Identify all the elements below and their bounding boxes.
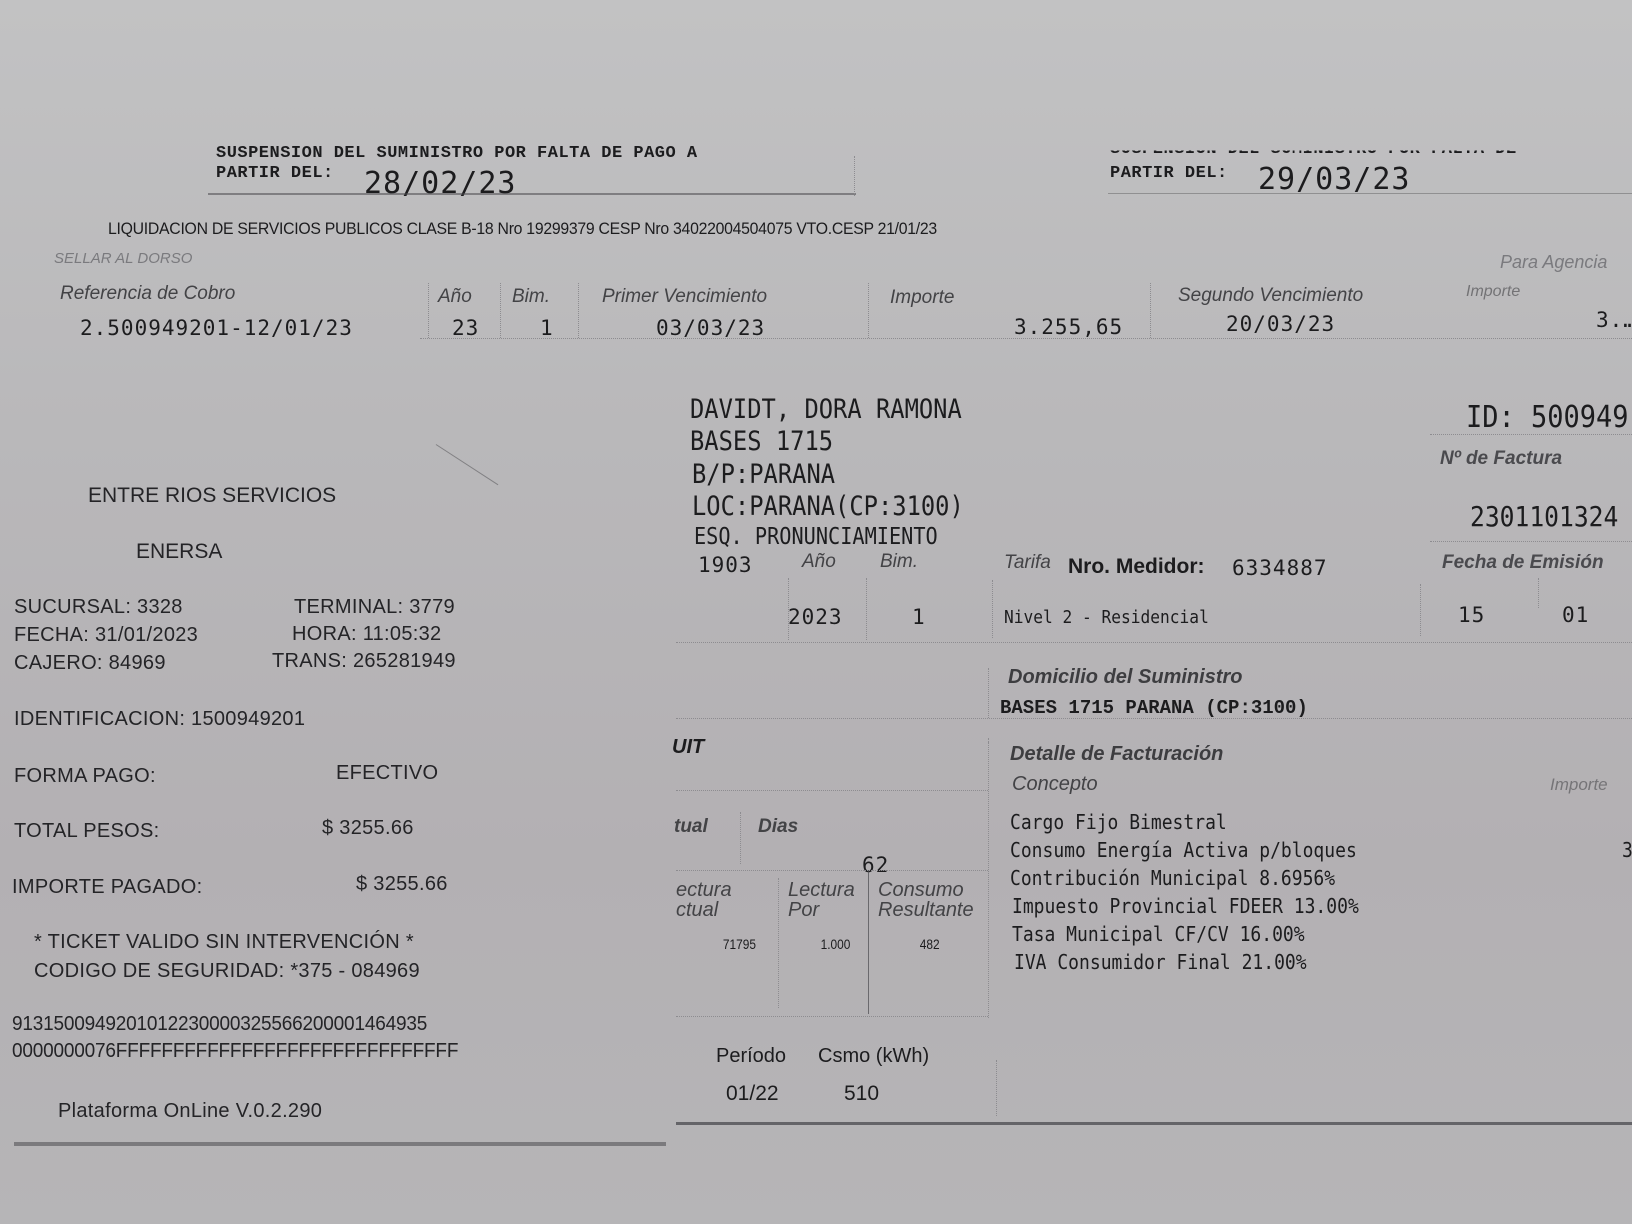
- history-csmo-label: Csmo (kWh): [818, 1045, 929, 1068]
- receipt-ticket-valido: * TICKET VALIDO SIN INTERVENCIÓN *: [34, 931, 414, 954]
- billing-item: Contribución Municipal 8.6956%: [1010, 864, 1335, 892]
- consumo-label-line1: Consumo: [878, 879, 964, 901]
- suspension-underline-2: [1108, 193, 1632, 194]
- nro-factura-label: Nº de Factura: [1440, 448, 1562, 470]
- receipt-bottom-edge: [14, 1142, 666, 1146]
- divider: [676, 790, 988, 791]
- receipt-hora: HORA: 11:05:32: [292, 623, 441, 646]
- divider: [1538, 578, 1539, 608]
- divider: [676, 1016, 988, 1017]
- fecha-emision-mes: 01: [1562, 603, 1589, 627]
- referencia-label: Referencia de Cobro: [60, 283, 235, 305]
- billing-item: Cargo Fijo Bimestral: [1010, 808, 1227, 836]
- divider: [866, 578, 867, 640]
- importe-value: 3.255,65: [1014, 315, 1123, 339]
- supply-address-label: Domicilio del Suministro: [1008, 666, 1242, 689]
- importe-2-value: 3.…: [1596, 308, 1632, 332]
- billing-item: Impuesto Provincial FDEER 13.00%: [1012, 892, 1359, 920]
- divider: [428, 283, 429, 338]
- divider: [988, 668, 989, 718]
- lectura-actual-value: 71795: [723, 936, 756, 952]
- bim-value: 1: [540, 316, 554, 340]
- concepto-label: Concepto: [1012, 773, 1098, 796]
- pen-mark: [436, 444, 499, 485]
- receipt-sucursal: SUCURSAL: 3328: [14, 596, 183, 619]
- suspension-label-2: PARTIR DEL:: [1110, 164, 1228, 183]
- para-agencia: Para Agencia: [1500, 252, 1607, 273]
- suspension-date-2: 29/03/23: [1258, 162, 1411, 197]
- billing-item: Tasa Municipal CF/CV 16.00%: [1012, 920, 1305, 948]
- readings-actual-label: tual: [674, 816, 708, 838]
- billing-item: IVA Consumidor Final 21.00%: [1014, 948, 1307, 976]
- lectura-por-value: 1.000: [821, 936, 851, 952]
- divider: [996, 1060, 997, 1116]
- lectura-por-label-line1: Lectura: [788, 879, 855, 901]
- customer-name: DAVIDT, DORA RAMONA: [690, 394, 962, 426]
- anio-label: Año: [438, 286, 472, 308]
- receipt-cajero: CAJERO: 84969: [14, 652, 166, 675]
- history-row-csmo: 510: [844, 1082, 879, 1106]
- receipt-forma-pago-value: EFECTIVO: [336, 762, 438, 785]
- customer-esq-number: 1903: [698, 553, 753, 577]
- divider: [1430, 541, 1632, 542]
- importe-label: Importe: [890, 287, 954, 309]
- liquidacion-line: LIQUIDACION DE SERVICIOS PUBLICOS CLASE …: [108, 219, 937, 239]
- suspension-heading-1: SUSPENSION DEL SUMINISTRO POR FALTA DE P…: [216, 144, 698, 163]
- nro-factura-value: 2301101324: [1470, 500, 1618, 533]
- suspension-label-1: PARTIR DEL:: [216, 164, 334, 183]
- tarifa-value: Nivel 2 - Residencial: [1004, 607, 1209, 628]
- divider: [868, 870, 869, 1014]
- divider: [1150, 283, 1151, 338]
- sellar-al-dorso: SELLAR AL DORSO: [54, 250, 192, 267]
- lectura-actual-label-line2: ctual: [676, 899, 718, 921]
- consumo-value: 482: [920, 936, 940, 952]
- lectura-actual-label-line1: ectura: [676, 879, 732, 901]
- customer-street: BASES 1715: [690, 426, 833, 458]
- medidor-value: 6334887: [1232, 556, 1328, 580]
- readings-dias-label: Dias: [758, 816, 798, 838]
- period-anio-label: Año: [802, 551, 836, 573]
- divider: [676, 642, 1632, 643]
- billing-detail-title: Detalle de Facturación: [1010, 743, 1223, 766]
- fecha-emision-label: Fecha de Emisión: [1442, 552, 1604, 574]
- billing-item: Consumo Energía Activa p/bloques: [1010, 836, 1357, 864]
- segundo-vencimiento-label: Segundo Vencimiento: [1178, 285, 1363, 307]
- lectura-por-label-line2: Por: [788, 899, 819, 921]
- divider: [988, 742, 989, 782]
- tarifa-label: Tarifa: [1004, 552, 1051, 574]
- anio-value: 23: [452, 316, 479, 340]
- lectura-por-label: LecturaPor: [788, 880, 855, 920]
- receipt-barcode-line-1: 9131500949201012230000325566200001464935: [12, 1013, 427, 1036]
- receipt-barcode-line-2: 0000000076FFFFFFFFFFFFFFFFFFFFFFFFFFFFFF: [12, 1040, 458, 1063]
- receipt-forma-pago-label: FORMA PAGO:: [14, 765, 156, 788]
- receipt-trans: TRANS: 265281949: [272, 650, 456, 673]
- divider: [854, 156, 855, 196]
- suspension-heading-2: SUSPENSION DEL SUMINISTRO POR FALTA DE: [1110, 140, 1517, 159]
- divider: [1420, 584, 1421, 636]
- receipt-platform: Plataforma OnLine V.0.2.290: [58, 1100, 322, 1123]
- divider: [868, 283, 869, 338]
- customer-loc: LOC:PARANA(CP:3100): [692, 491, 964, 523]
- divider: [676, 718, 1632, 719]
- receipt-fecha: FECHA: 31/01/2023: [14, 624, 198, 647]
- medidor-label: Nro. Medidor:: [1068, 555, 1205, 579]
- divider: [500, 283, 501, 338]
- segundo-vencimiento-value: 20/03/23: [1226, 312, 1335, 336]
- divider: [1430, 434, 1632, 435]
- divider: [740, 812, 741, 864]
- receipt-codigo-seguridad: CODIGO DE SEGURIDAD: *375 - 084969: [34, 960, 420, 983]
- receipt-service: ENERSA: [136, 540, 222, 564]
- history-row-periodo: 01/22: [726, 1082, 779, 1106]
- header-row-rule: [420, 338, 1632, 339]
- primer-vencimiento-value: 03/03/23: [656, 316, 765, 340]
- consumo-label-line2: Resultante: [878, 899, 974, 921]
- consumo-label: ConsumoResultante: [878, 880, 974, 920]
- receipt-total-label: TOTAL PESOS:: [14, 820, 160, 843]
- divider: [578, 283, 579, 338]
- receipt-terminal: TERMINAL: 3779: [294, 596, 455, 619]
- customer-esq: ESQ. PRONUNCIAMIENTO: [694, 521, 938, 553]
- receipt-pagado-value: $ 3255.66: [356, 873, 448, 896]
- importe-column-label: Importe: [1550, 775, 1608, 795]
- divider: [676, 870, 988, 871]
- receipt-total-value: $ 3255.66: [322, 817, 414, 840]
- history-periodo-label: Período: [716, 1045, 786, 1068]
- suspension-underline-1: [208, 193, 856, 195]
- receipt-identificacion: IDENTIFICACION: 1500949201: [14, 708, 305, 731]
- divider: [778, 878, 779, 1008]
- period-anio-value: 2023: [788, 605, 843, 629]
- customer-bp: B/P:PARANA: [692, 459, 835, 491]
- divider: [992, 580, 993, 638]
- readings-dias-value: 62: [862, 853, 889, 877]
- period-bim-label: Bim.: [880, 551, 918, 573]
- cuit-label: UIT: [672, 736, 704, 759]
- receipt-pagado-label: IMPORTE PAGADO:: [12, 876, 202, 899]
- primer-vencimiento-label: Primer Vencimiento: [602, 286, 767, 308]
- suspension-date-1: 28/02/23: [364, 166, 517, 201]
- billing-item-partial-amount: 3: [1622, 836, 1632, 864]
- importe-2-label: Importe: [1466, 283, 1520, 301]
- receipt-company: ENTRE RIOS SERVICIOS: [88, 484, 336, 508]
- fecha-emision-dia: 15: [1458, 603, 1485, 627]
- bim-label: Bim.: [512, 286, 550, 308]
- bottom-rule: [676, 1122, 1632, 1125]
- invoice-id: ID: 500949: [1466, 400, 1629, 435]
- referencia-value: 2.500949201-12/01/23: [80, 316, 353, 340]
- supply-address-value: BASES 1715 PARANA (CP:3100): [1000, 697, 1308, 719]
- period-bim-value: 1: [912, 605, 926, 629]
- lectura-actual-label: ecturactual: [676, 880, 732, 920]
